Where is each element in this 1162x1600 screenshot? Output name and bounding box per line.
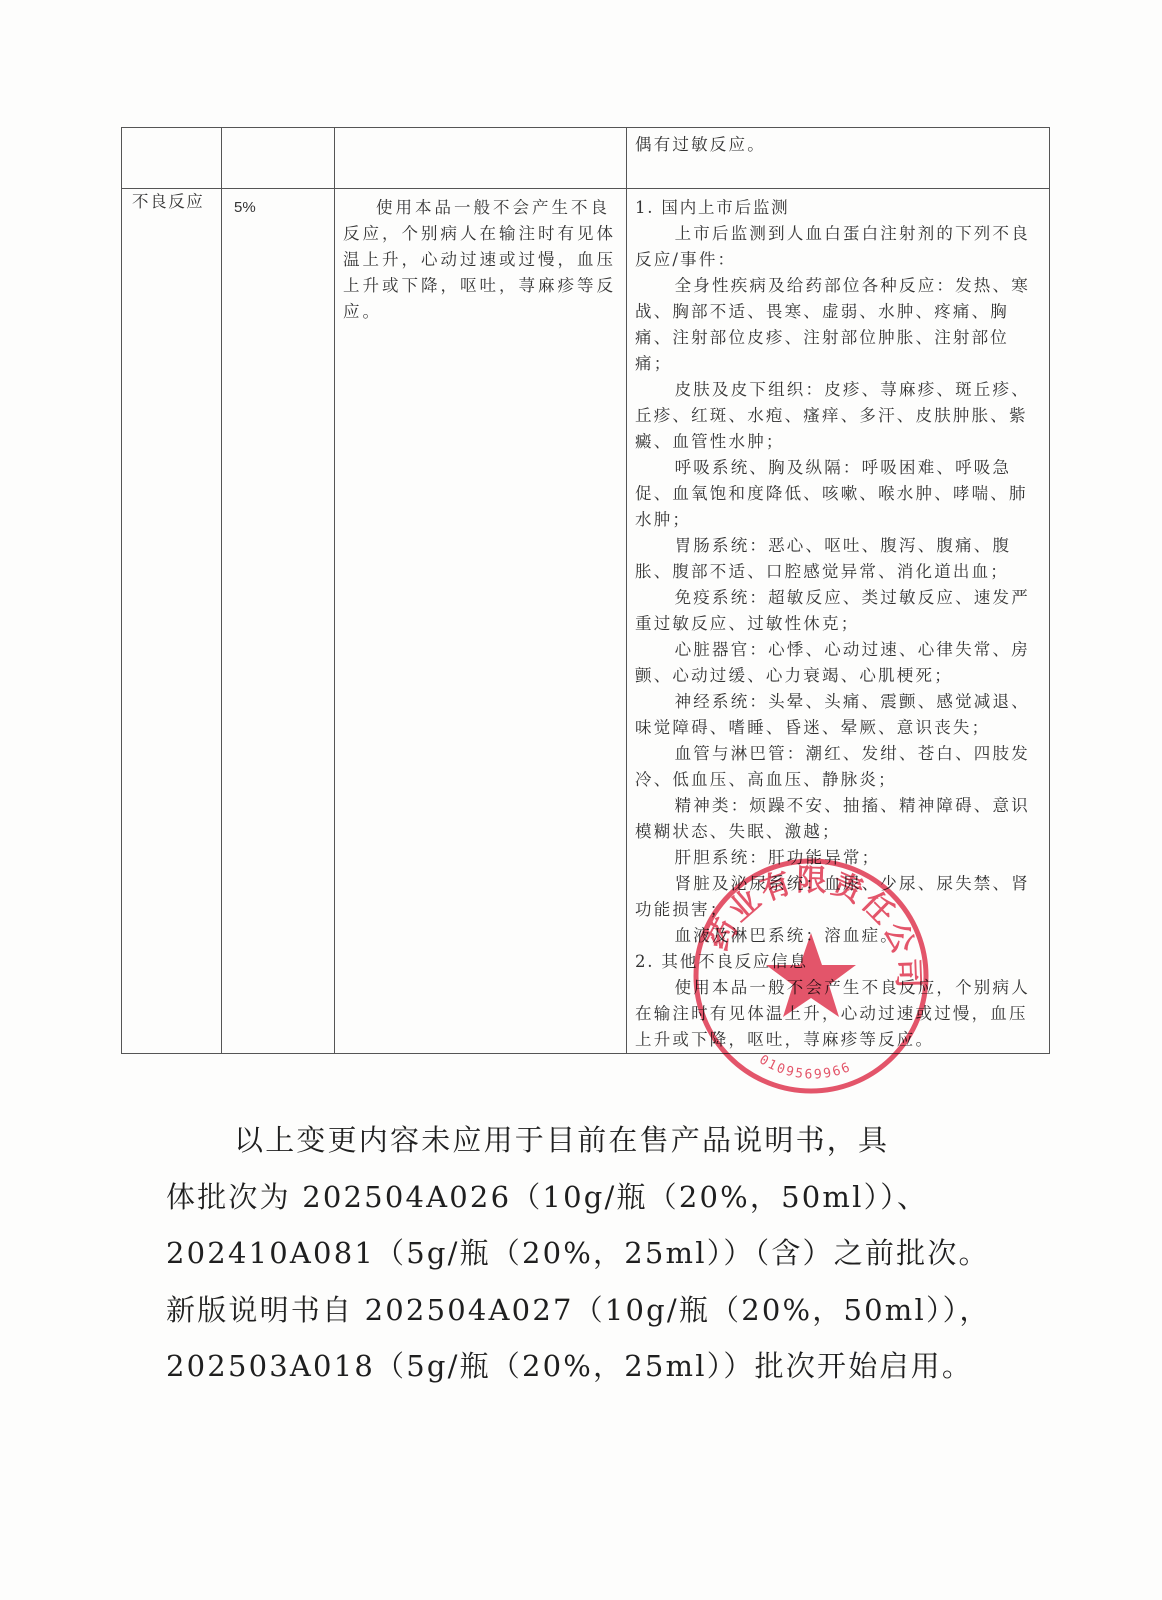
section1-heading: 1. 国内上市后监测 [635,195,1043,221]
svg-text:0109569966: 0109569966 [756,1052,853,1082]
category-respiratory: 呼吸系统、胸及纵隔：呼吸困难、呼吸急促、血氧饱和度降低、咳嗽、喉水肿、哮喘、肺水… [635,455,1043,533]
revised-continuation-text: 偶有过敏反应。 [635,132,1043,158]
change-comparison-table: 偶有过敏反应。 不良反应 5% 使用本品一般不会产生不良反应，个别病人在输注时有… [121,127,1050,1054]
category-gastrointestinal: 胃肠系统：恶心、呕吐、腹泻、腹痛、腹胀、腹部不适、口腔感觉异常、消化道出血； [635,533,1043,585]
percentage-cell: 5% [222,189,335,1054]
original-text-cell: 使用本品一般不会产生不良反应，个别病人在输注时有见体温上升，心动过速或过慢，血压… [335,189,627,1054]
notice-line-4: 新版说明书自 202504A027（10g/瓶（20%，50ml））， [166,1282,966,1339]
notice-line-3: 202410A081（5g/瓶（20%，25ml））（含）之前批次。 [166,1225,966,1282]
item-label: 不良反应 [122,189,221,215]
batch-notice-paragraph: 以上变更内容未应用于目前在售产品说明书，具 体批次为 202504A026（10… [166,1112,966,1395]
section1-intro: 上市后监测到人血白蛋白注射剂的下列不良反应/事件： [635,221,1043,273]
table-row-continuation: 偶有过敏反应。 [122,128,1050,189]
item-cell: 不良反应 [122,189,222,1054]
category-cardiac: 心脏器官：心悸、心动过速、心律失常、房颤、心动过缓、心力衰竭、心肌梗死； [635,637,1043,689]
document-page: 偶有过敏反应。 不良反应 5% 使用本品一般不会产生不良反应，个别病人在输注时有… [0,0,1162,1600]
percentage-value: 5% [222,189,334,221]
category-general: 全身性疾病及给药部位各种反应：发热、寒战、胸部不适、畏寒、虚弱、水肿、疼痛、胸痛… [635,273,1043,377]
notice-line-5: 202503A018（5g/瓶（20%，25ml））批次开始启用。 [166,1338,966,1395]
table-row-adverse-reactions: 不良反应 5% 使用本品一般不会产生不良反应，个别病人在输注时有见体温上升，心动… [122,189,1050,1054]
category-hepatobiliary: 肝胆系统：肝功能异常； [635,845,1043,871]
category-vascular: 血管与淋巴管：潮红、发绀、苍白、四肢发冷、低血压、高血压、静脉炎； [635,741,1043,793]
original-adverse-text: 使用本品一般不会产生不良反应，个别病人在输注时有见体温上升，心动过速或过慢，血压… [343,195,620,325]
section2-heading: 2. 其他不良反应信息 [635,949,1043,975]
original-text-cell [335,128,627,189]
category-nervous: 神经系统：头晕、头痛、震颤、感觉减退、味觉障碍、嗜睡、昏迷、晕厥、意识丧失； [635,689,1043,741]
notice-line-2: 体批次为 202504A026（10g/瓶（20%，50ml））、 [166,1169,966,1226]
category-immune: 免疫系统：超敏反应、类过敏反应、速发严重过敏反应、过敏性休克； [635,585,1043,637]
item-cell [122,128,222,189]
category-blood: 血液及淋巴系统：溶血症。 [635,923,1043,949]
category-skin: 皮肤及皮下组织：皮疹、荨麻疹、斑丘疹、丘疹、红斑、水疱、瘙痒、多汗、皮肤肿胀、紫… [635,377,1043,455]
revised-text-cell: 偶有过敏反应。 [627,128,1050,189]
percentage-cell [222,128,335,189]
revised-text-cell: 1. 国内上市后监测 上市后监测到人血白蛋白注射剂的下列不良反应/事件： 全身性… [627,189,1050,1054]
section2-text: 使用本品一般不会产生不良反应，个别病人在输注时有见体温上升，心动过速或过慢，血压… [635,975,1043,1053]
category-renal: 肾脏及泌尿系统：血尿、少尿、尿失禁、肾功能损害； [635,871,1043,923]
notice-line-1: 以上变更内容未应用于目前在售产品说明书，具 [166,1112,966,1169]
category-psychiatric: 精神类：烦躁不安、抽搐、精神障碍、意识模糊状态、失眠、激越； [635,793,1043,845]
